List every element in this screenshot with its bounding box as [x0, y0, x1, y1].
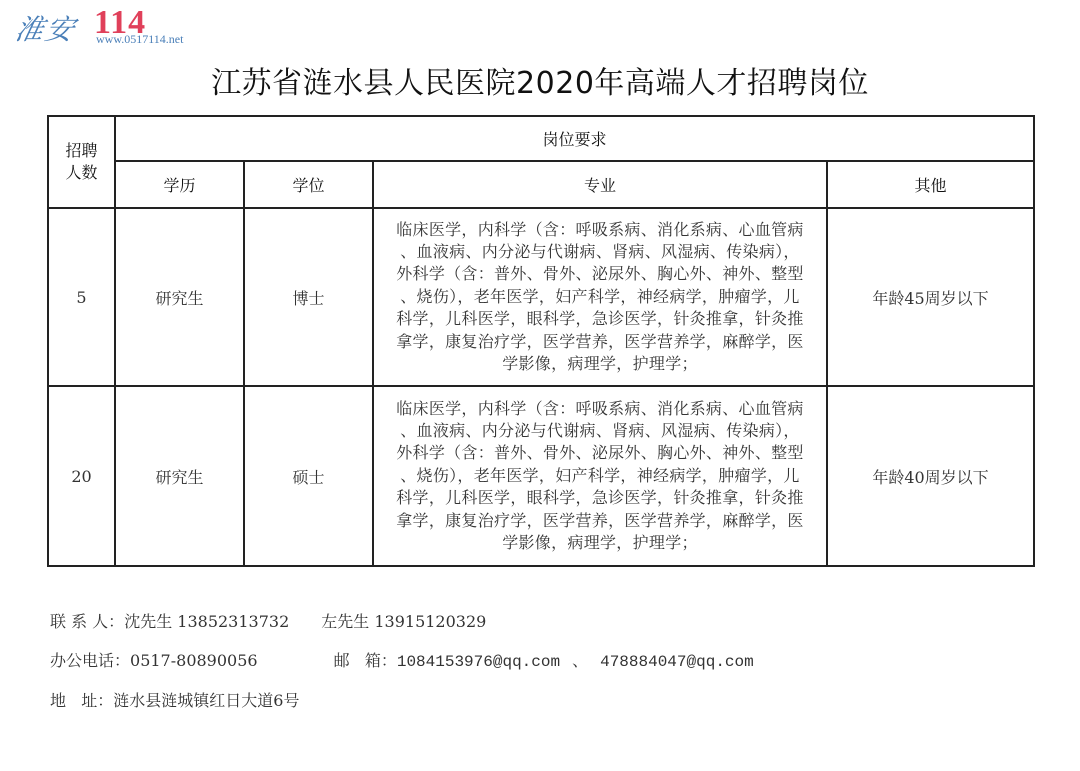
major-line: 外科学（含：普外、骨外、泌尿外、胸心外、神外、整型	[374, 442, 826, 464]
major-line: 外科学（含：普外、骨外、泌尿外、胸心外、神外、整型	[374, 263, 826, 285]
header-education: 学历	[115, 161, 244, 208]
major-line: 、烧伤），老年医学，妇产科学，神经病学，肿瘤学，儿	[374, 286, 826, 308]
header-recruit-count-line2: 人数	[49, 162, 114, 184]
major-line: 学影像，病理学，护理学；	[374, 532, 826, 554]
logo-url: www.0517114.net	[96, 32, 183, 47]
site-watermark-logo: 淮安 114 www.0517114.net	[14, 6, 194, 50]
header-major: 专业	[373, 161, 827, 208]
table-row: 20 研究生 硕士 临床医学，内科学（含：呼吸系病、消化系病、心血管病 、血液病…	[48, 386, 1034, 566]
header-other: 其他	[827, 161, 1034, 208]
email-2[interactable]: 478884047@qq.com	[600, 653, 754, 671]
office-phone: 0517-80890056	[130, 651, 258, 670]
table-header-row-1: 招聘 人数 岗位要求	[48, 116, 1034, 161]
office-phone-label: 办公电话：	[50, 651, 130, 670]
cell-degree: 硕士	[244, 386, 373, 566]
page-title: 江苏省涟水县人民医院2020年高端人才招聘岗位	[0, 58, 1080, 102]
contact-phone-email-line: 办公电话：0517-80890056邮 箱：1084153976@qq.com、…	[50, 648, 754, 671]
contact-person-2: 左先生 13915120329	[321, 612, 486, 631]
email-separator: 、	[572, 651, 588, 670]
major-line: 、烧伤），老年医学，妇产科学，神经病学，肿瘤学，儿	[374, 465, 826, 487]
address-line: 地 址：涟水县涟城镇红日大道6号	[50, 688, 299, 711]
major-line: 临床医学，内科学（含：呼吸系病、消化系病、心血管病	[374, 398, 826, 420]
cell-count: 5	[48, 208, 115, 386]
major-line: 临床医学，内科学（含：呼吸系病、消化系病、心血管病	[374, 219, 826, 241]
email-1[interactable]: 1084153976@qq.com	[397, 653, 560, 671]
contact-persons-line: 联 系 人：沈先生 13852313732左先生 13915120329	[50, 609, 486, 632]
cell-major: 临床医学，内科学（含：呼吸系病、消化系病、心血管病 、血液病、内分泌与代谢病、肾…	[373, 386, 827, 566]
cell-education: 研究生	[115, 208, 244, 386]
header-position-requirements: 岗位要求	[115, 116, 1034, 161]
header-recruit-count-line1: 招聘	[49, 140, 114, 162]
major-line: 、血液病、内分泌与代谢病、肾病、风湿病、传染病），	[374, 241, 826, 263]
logo-chinese-text: 淮安	[12, 8, 81, 48]
cell-degree: 博士	[244, 208, 373, 386]
header-recruit-count: 招聘 人数	[48, 116, 115, 208]
contact-person-1: 沈先生 13852313732	[124, 612, 289, 631]
major-line: 拿学，康复治疗学，医学营养，医学营养学，麻醉学，医	[374, 510, 826, 532]
major-line: 学影像，病理学，护理学；	[374, 353, 826, 375]
major-line: 科学，儿科医学，眼科学，急诊医学，针灸推拿，针灸推	[374, 308, 826, 330]
header-degree: 学位	[244, 161, 373, 208]
cell-other: 年龄40周岁以下	[827, 386, 1034, 566]
address: 涟水县涟城镇红日大道6号	[113, 691, 299, 710]
major-line: 拿学，康复治疗学，医学营养，医学营养学，麻醉学，医	[374, 331, 826, 353]
cell-count: 20	[48, 386, 115, 566]
table-row: 5 研究生 博士 临床医学，内科学（含：呼吸系病、消化系病、心血管病 、血液病、…	[48, 208, 1034, 386]
address-label: 地 址：	[50, 691, 113, 710]
cell-education: 研究生	[115, 386, 244, 566]
cell-major: 临床医学，内科学（含：呼吸系病、消化系病、心血管病 、血液病、内分泌与代谢病、肾…	[373, 208, 827, 386]
cell-other: 年龄45周岁以下	[827, 208, 1034, 386]
table-header-row-2: 学历 学位 专业 其他	[48, 161, 1034, 208]
major-line: 、血液病、内分泌与代谢病、肾病、风湿病、传染病），	[374, 420, 826, 442]
recruitment-table: 招聘 人数 岗位要求 学历 学位 专业 其他 5 研究生 博士 临床医学，内科学…	[47, 115, 1035, 567]
major-line: 科学，儿科医学，眼科学，急诊医学，针灸推拿，针灸推	[374, 487, 826, 509]
contact-persons-label: 联 系 人：	[50, 612, 124, 631]
email-label: 邮 箱：	[334, 651, 397, 670]
